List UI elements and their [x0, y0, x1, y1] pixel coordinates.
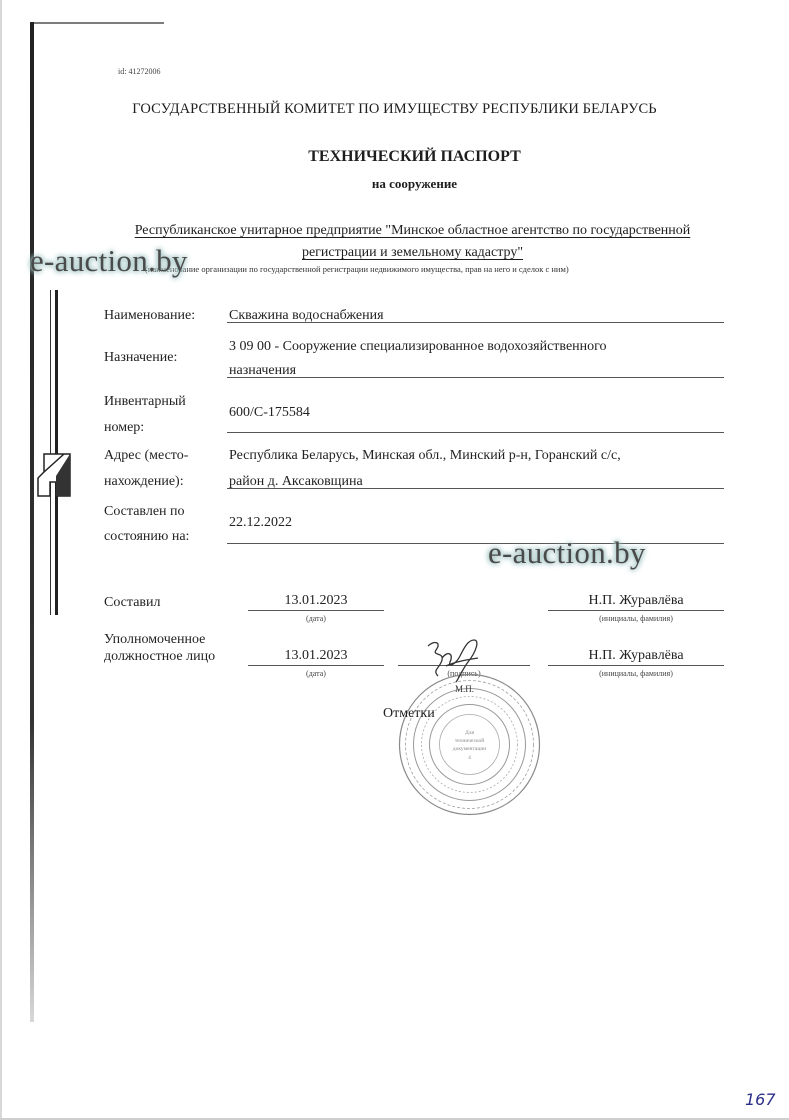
field-value-address-line-2: район д. Аксаковщина: [229, 470, 724, 494]
handwritten-signature: [420, 636, 490, 684]
field-label-as-of-line-1: Составлен по: [104, 500, 185, 524]
field-label-as-of-line-2: состоянию на:: [104, 525, 189, 549]
official-name-line: [548, 665, 724, 666]
field-value-purpose-line-1: 3 09 00 - Сооружение специализированное …: [229, 335, 724, 359]
watermark: e-auction.by: [30, 243, 188, 279]
document-subtitle: на сооружение: [0, 176, 789, 192]
field-label-name: Наименование:: [104, 304, 195, 328]
official-label-line-2: должностное лицо: [104, 649, 215, 665]
notes-heading: Отметки: [383, 706, 435, 722]
top-rule: [34, 22, 164, 24]
field-value-name: Скважина водоснабжения: [229, 304, 724, 328]
official-date-line: [248, 665, 384, 666]
field-value-as-of-date: 22.12.2022: [229, 511, 724, 535]
official-name: Н.П. Журавлёва: [548, 648, 724, 664]
field-underline: [227, 432, 724, 433]
binding-bar: [30, 22, 34, 1022]
field-label-inventory-line-1: Инвентарный: [104, 390, 186, 414]
name-caption: (инициалы, фамилия): [548, 669, 724, 678]
field-label-inventory-line-2: номер:: [104, 416, 144, 440]
field-value-purpose-line-2: назначения: [229, 359, 724, 383]
document-id: id: 41272006: [118, 67, 160, 76]
organization-line-1: Республиканское унитарное предприятие "М…: [135, 223, 691, 238]
issuing-committee: ГОСУДАРСТВЕННЫЙ КОМИТЕТ ПО ИМУЩЕСТВУ РЕС…: [0, 101, 789, 118]
emblem-logo-icon: [36, 452, 72, 498]
field-underline: [227, 488, 724, 489]
scan-edge-left: [0, 0, 2, 1120]
field-value-address-line-1: Республика Беларусь, Минская обл., Минск…: [229, 444, 724, 468]
svg-text:Для: Для: [465, 730, 474, 736]
seal-mark-label: М.П.: [455, 684, 474, 694]
compiled-name-line: [548, 610, 724, 611]
svg-text:4: 4: [468, 755, 471, 761]
svg-text:документации: документации: [453, 746, 486, 752]
field-value-inventory-number: 600/С-175584: [229, 401, 724, 425]
svg-text:технической: технической: [455, 737, 484, 744]
compiled-by-label: Составил: [104, 595, 161, 611]
field-label-purpose: Назначение:: [104, 346, 177, 370]
organization-line-2: регистрации и земельному кадастру": [302, 245, 523, 260]
compiled-date-line: [248, 610, 384, 611]
field-label-address-line-1: Адрес (место-: [104, 444, 188, 468]
page-number: 167: [745, 1090, 776, 1109]
field-underline: [227, 322, 724, 323]
field-underline: [227, 543, 724, 544]
field-label-address-line-2: нахождение):: [104, 470, 184, 494]
organization-caption: (наименование организации по государстве…: [145, 264, 569, 274]
name-caption: (инициалы, фамилия): [548, 614, 724, 623]
compiled-date: 13.01.2023: [248, 593, 384, 609]
official-date: 13.01.2023: [248, 648, 384, 664]
compiled-name: Н.П. Журавлёва: [548, 593, 724, 609]
document-title: ТЕХНИЧЕСКИЙ ПАСПОРТ: [0, 148, 789, 166]
date-caption: (дата): [248, 614, 384, 623]
field-underline: [227, 377, 724, 378]
official-label-line-1: Уполномоченное: [104, 632, 205, 648]
organization-name: Республиканское унитарное предприятие "М…: [120, 220, 705, 264]
date-caption: (дата): [248, 669, 384, 678]
watermark: e-auction.by: [488, 535, 646, 571]
